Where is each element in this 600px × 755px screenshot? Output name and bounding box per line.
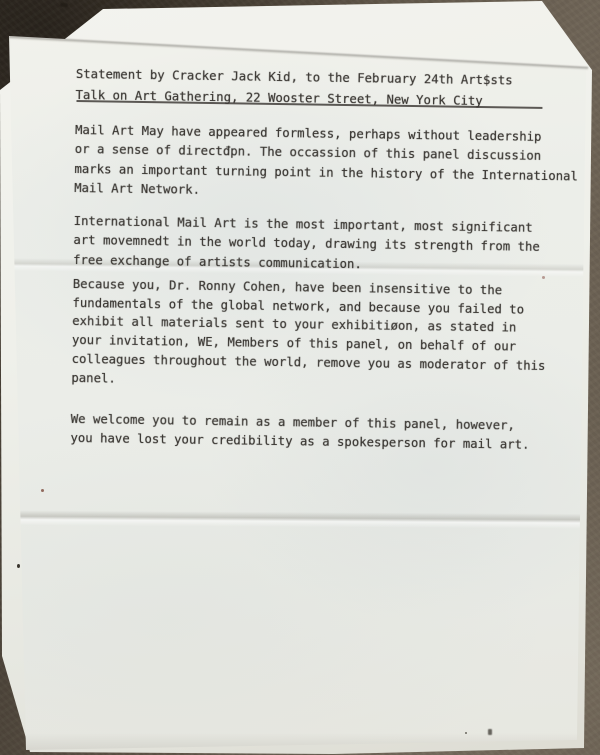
photo-board-background: Statement by Cracker Jack Kid, to the Fe… — [0, 0, 600, 755]
paper-edge-speck — [17, 564, 20, 568]
typewritten-text: Statement by Cracker Jack Kid, to the Fe… — [68, 67, 591, 635]
paragraph-1-line-3: marks an important turning point in the … — [74, 162, 578, 183]
paragraph-1-line-1: Mail Art May have appeared formless, per… — [75, 123, 542, 144]
paragraph-3-line-5: colleagues throughout the world, remove … — [72, 352, 546, 373]
paper-mark — [488, 729, 492, 735]
paragraph-1-line-2: or a sense of directđpn. The occassion o… — [75, 142, 542, 163]
paragraph-1-line-4: Mail Art Network. — [74, 181, 200, 197]
paragraph-2-line-3: free exchange of artists communication. — [73, 253, 362, 271]
paper-speck — [542, 276, 545, 279]
paper-speck — [465, 732, 467, 734]
board-debris-speck — [60, 3, 68, 7]
paragraph-4: We welcome you to remain as a member of … — [68, 543, 584, 607]
paper-speck — [41, 489, 44, 492]
paragraph-3-line-6: panel. — [71, 371, 116, 386]
